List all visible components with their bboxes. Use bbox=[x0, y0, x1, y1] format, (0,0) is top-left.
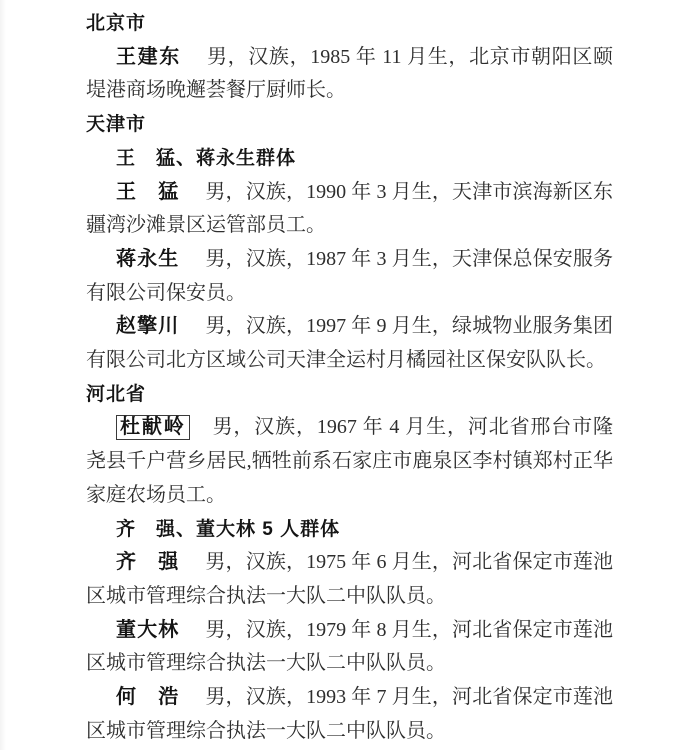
person-paragraph: 杜献岭男，汉族，1967 年 4 月生，河北省邢台市隆尧县千户营乡居民,牺牲前系… bbox=[86, 411, 613, 512]
person-name: 王 猛 bbox=[116, 181, 205, 203]
person-paragraph: 齐 强男，汉族，1975 年 6 月生，河北省保定市莲池区城市管理综合执法一大队… bbox=[86, 546, 613, 613]
group-heading: 王 猛、蒋永生群体 bbox=[86, 142, 613, 176]
document-page: 北京市 王建东男，汉族，1985 年 11 月生，北京市朝阳区颐堤港商场晚邂荟餐… bbox=[0, 0, 677, 750]
person-name: 齐 强 bbox=[116, 551, 205, 573]
person-paragraph: 董大林男，汉族，1979 年 8 月生，河北省保定市莲池区城市管理综合执法一大队… bbox=[86, 614, 613, 681]
person-name: 蒋永生 bbox=[116, 248, 205, 270]
person-paragraph: 王 猛男，汉族，1990 年 3 月生，天津市滨海新区东疆湾沙滩景区运管部员工。 bbox=[86, 176, 613, 243]
group-heading: 齐 强、董大林 5 人群体 bbox=[86, 513, 613, 547]
person-paragraph: 何 浩男，汉族，1993 年 7 月生，河北省保定市莲池区城市管理综合执法一大队… bbox=[86, 681, 613, 748]
person-paragraph: 蒋永生男，汉族，1987 年 3 月生，天津保总保安服务有限公司保安员。 bbox=[86, 243, 613, 310]
person-paragraph: 赵擎川男，汉族，1997 年 9 月生，绿城物业服务集团有限公司北方区域公司天津… bbox=[86, 310, 613, 377]
person-name: 王建东 bbox=[116, 46, 207, 68]
province-heading-beijing: 北京市 bbox=[86, 7, 613, 41]
person-name: 何 浩 bbox=[116, 686, 205, 708]
person-name: 赵擎川 bbox=[116, 315, 205, 337]
province-heading-tianjin: 天津市 bbox=[86, 108, 613, 142]
person-name: 董大林 bbox=[116, 619, 205, 641]
deceased-name-box: 杜献岭 bbox=[116, 415, 190, 440]
province-heading-hebei: 河北省 bbox=[86, 378, 613, 412]
person-paragraph: 王建东男，汉族，1985 年 11 月生，北京市朝阳区颐堤港商场晚邂荟餐厅厨师长… bbox=[86, 41, 613, 108]
